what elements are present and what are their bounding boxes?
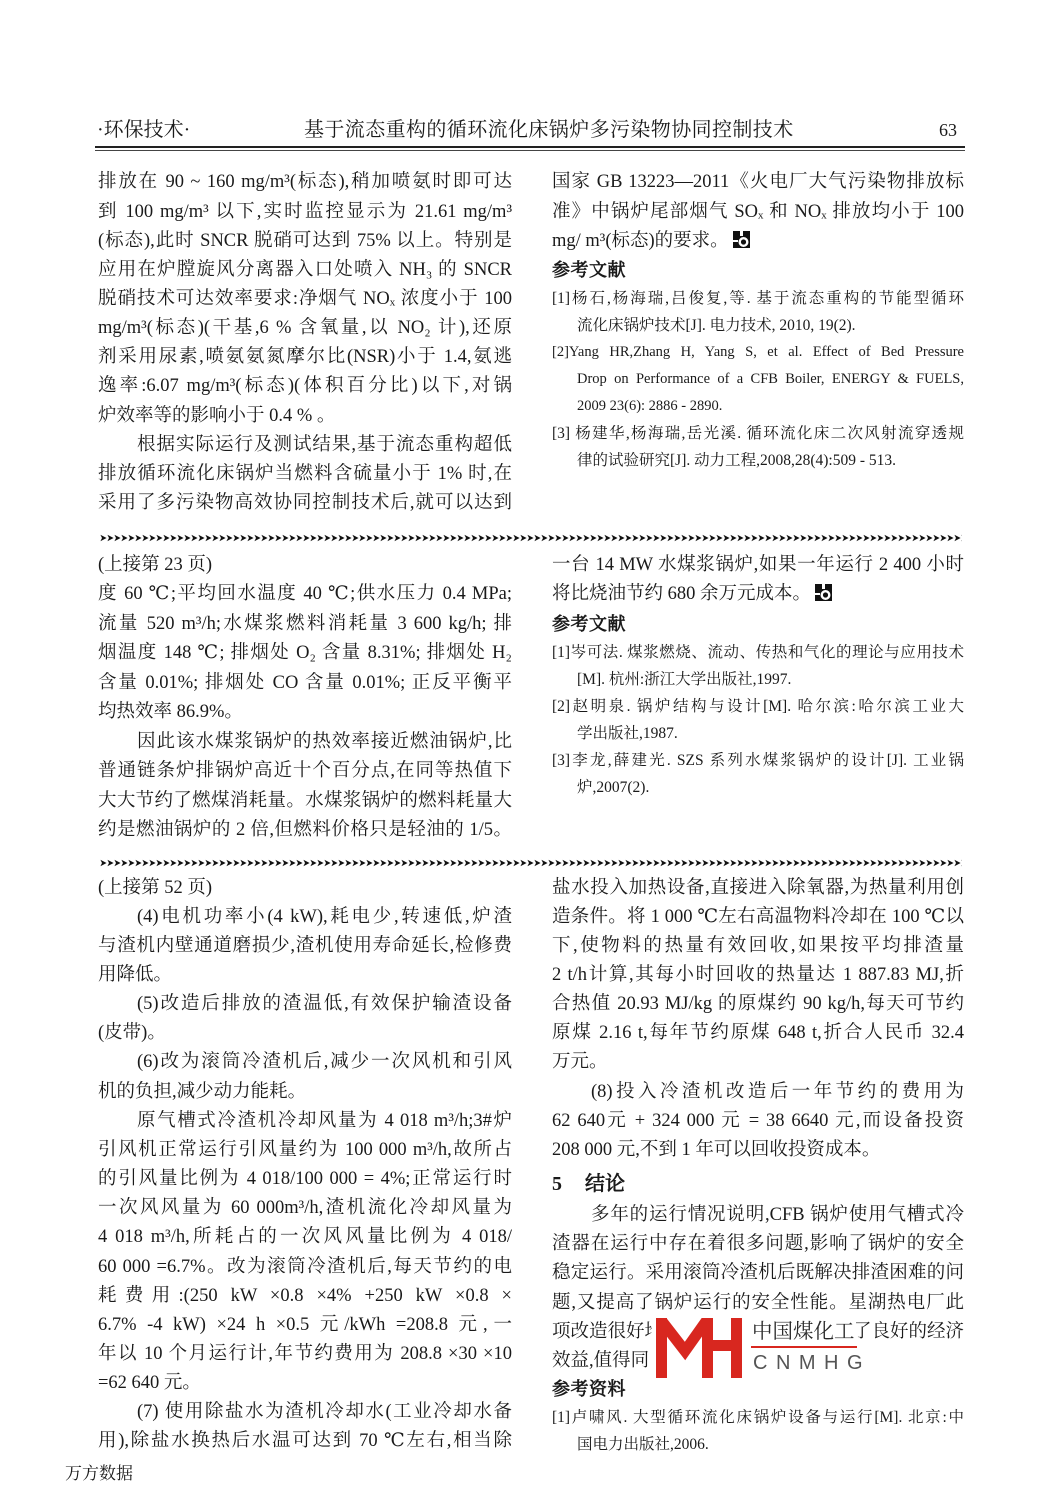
text-line: 逸率:6.07 mg/m³(标态)(体积百分比)以下,对锅: [98, 372, 512, 401]
text-line: 到 100 mg/m³ 以下,实时监控显示为 21.61 mg/m³: [98, 198, 512, 227]
watermark-cn-text: 中国煤化工: [752, 1318, 855, 1345]
text-line: 2 t/h计算,其每小时回收的热量达 1 887.83 MJ,折: [552, 961, 964, 990]
text-line: 应用在炉膛旋风分离器入口处喷入 NH₃ 的 SNCR: [98, 256, 512, 285]
text-line: 根据实际运行及测试结果,基于流态重构超低: [98, 431, 512, 460]
watermark-en-text: CNMHG: [753, 1349, 871, 1377]
text-line: 与渣机内壁通道磨损少,渣机使用寿命延长,检修费: [98, 932, 512, 961]
text-line: 将比烧油节约 680 余万元成本。: [552, 584, 811, 604]
reference-line: 炉,2007(2).: [552, 774, 964, 801]
text-line: (7) 使用除盐水为渣机冷却水(工业冷却水备: [98, 1398, 512, 1427]
source-footer: 万方数据: [65, 1461, 133, 1487]
text-line: 造条件。将 1 000 ℃左右高温物料冷却在 100 ℃以: [552, 903, 964, 932]
section-number: 5: [552, 1166, 585, 1202]
section-label: ·环保技术·: [97, 117, 190, 143]
continuation-note: (上接第 23 页): [98, 551, 512, 581]
reference-line: 律的试验研究[J]. 动力工程,2008,28(4):509 - 513.: [552, 447, 964, 474]
text-line: 引风机正常运行引风量约为 100 000 m³/h,故所占: [98, 1136, 512, 1165]
reference-entry: [3]李龙,薛建光. SZS 系列水煤浆锅炉的设计[J]. 工业锅 炉,2007…: [552, 747, 964, 801]
reference-line: Drop on Performance of a CFB Boiler, ENE…: [552, 366, 964, 393]
reference-entry: [3] 杨建华,杨海瑞,岳光溪. 循环流化床二次风射流穿透规 律的试验研究[J]…: [552, 420, 964, 474]
text-line: 万元。: [552, 1048, 964, 1077]
text-line: 题,又提高了锅炉运行的安全性能。星湖热电厂此: [552, 1289, 964, 1318]
text-line: 均热效率 86.9%。: [98, 698, 512, 728]
text-line: 含量 0.01%; 排烟处 CO 含量 0.01%; 正反平衡平: [98, 669, 512, 699]
mh-logo-icon: [656, 1318, 742, 1378]
text-line: 耗费用:(250 kW ×0.8 ×4% +250 kW ×0.8 ×: [98, 1282, 512, 1311]
text-fragment: 了良好的经济: [853, 1318, 964, 1347]
reference-line: [1]卢啸风. 大型循环流化床锅炉设备与运行[M]. 北京:中: [552, 1404, 964, 1431]
text-line: 6.7% -4 kW) ×24 h ×0.5 元/kWh =208.8 元,一: [98, 1311, 512, 1340]
journal-page: ·环保技术· 基于流态重构的循环流化床锅炉多污染物协同控制技术 63 排放在 9…: [0, 0, 1057, 1509]
text-line: 多年的运行情况说明,CFB 锅炉使用气槽式冷: [552, 1201, 964, 1230]
text-line: 炉效率等的影响小于 0.4 % 。: [98, 402, 512, 431]
text-line: 原煤 2.16 t,每年节约原煤 648 t,折合人民币 32.4: [552, 1019, 964, 1048]
text-line: 208 000 元,不到 1 年可以回收投资成本。: [552, 1136, 964, 1165]
text-fragment: 项改造很好地: [552, 1318, 663, 1347]
text-line: 剂采用尿素,喷氨氨氮摩尔比(NSR)小于 1.4,氨逃: [98, 343, 512, 372]
references-heading: 参考文献: [552, 256, 964, 285]
text-line-with-end-mark: mg/ m³(标态)的要求。: [552, 227, 964, 256]
top-article-right-column: 国家 GB 13223—2011《火电厂大气污染物排放标 准》中锅炉尾部烟气 S…: [552, 168, 964, 474]
reference-line: [3]李龙,薛建光. SZS 系列水煤浆锅炉的设计[J]. 工业锅: [552, 747, 964, 774]
reference-entry: [2]Yang HR,Zhang H, Yang S, et al. Effec…: [552, 339, 964, 420]
text-line: 年以 10 个月运行计,年节约费用为 208.8 ×30 ×10: [98, 1340, 512, 1369]
continued-p52-left-column: (上接第 52 页) (4)电机功率小(4 kW),耗电少,转速低,炉渣 与渣机…: [98, 874, 512, 1457]
reference-line: [M]. 杭州:浙江大学出版社,1997.: [552, 666, 964, 693]
text-line: 合热值 20.93 MJ/kg 的原煤约 90 kg/h,每天可节约: [552, 990, 964, 1019]
continued-p23-right-column: 一台 14 MW 水煤浆锅炉,如果一年运行 2 400 小时 将比烧油节约 68…: [552, 551, 964, 802]
text-line: 排放在 90 ~ 160 mg/m³(标态),稍加喷氨时即可达: [98, 168, 512, 197]
continuation-note: (上接第 52 页): [98, 874, 512, 903]
text-line: 60 000 =6.7%。改为滚筒冷渣机后,每天节约的电: [98, 1253, 512, 1282]
text-line: 普通链条炉排锅炉高近十个百分点,在同等热值下: [98, 757, 512, 787]
reference-line: [1]杨石,杨海瑞,吕俊复,等. 基于流态重构的节能型循环: [552, 285, 964, 312]
reference-line: [1]岑可法. 煤浆燃烧、流动、传热和气化的理论与应用技术: [552, 639, 964, 666]
running-title: 基于流态重构的循环流化床锅炉多污染物协同控制技术: [304, 117, 794, 143]
end-mark-icon: [815, 582, 832, 599]
reference-line: 学出版社,1987.: [552, 720, 964, 747]
reference-line: [2]Yang HR,Zhang H, Yang S, et al. Effec…: [552, 339, 964, 366]
references-heading: 参考资料: [552, 1376, 964, 1404]
text-line: 流量 520 m³/h;水煤浆燃料消耗量 3 600 kg/h; 排: [98, 610, 512, 640]
text-line: (标态),此时 SNCR 脱硝可达到 75% 以上。特别是: [98, 227, 512, 256]
text-line: 渣器在运行中存在着很多问题,影响了锅炉的安全: [552, 1230, 964, 1259]
reference-line: [2]赵明泉. 锅炉结构与设计[M]. 哈尔滨:哈尔滨工业大: [552, 693, 964, 720]
text-line: 采用了多污染物高效协同控制技术后,就可以达到: [98, 489, 512, 518]
reference-line: 流化床锅炉技术[J]. 电力技术, 2010, 19(2).: [552, 312, 964, 339]
text-line: 下,使物料的热量有效回收,如果按平均排渣量: [552, 932, 964, 961]
text-line: 大大节约了燃煤消耗量。水煤浆锅炉的燃料耗量大: [98, 787, 512, 817]
header-rule: [95, 146, 965, 148]
text-line: 约是燃油锅炉的 2 倍,但燃料价格只是轻油的 1/5。: [98, 816, 512, 846]
text-line: (8)投入冷渣机改造后一年节约的费用为: [552, 1078, 964, 1107]
text-line: 排放循环流化床锅炉当燃料含硫量小于 1% 时,在: [98, 460, 512, 489]
text-line: 原气槽式冷渣机冷却风量为 4 018 m³/h;3#炉: [98, 1107, 512, 1136]
text-line: 一台 14 MW 水煤浆锅炉,如果一年运行 2 400 小时: [552, 551, 964, 581]
reference-entry: [1]卢啸风. 大型循环流化床锅炉设备与运行[M]. 北京:中 国电力出版社,2…: [552, 1404, 964, 1458]
text-line: 一次风风量为 60 000m³/h,渣机流化冷却风量为: [98, 1194, 512, 1223]
section-title: 结论: [585, 1171, 625, 1195]
continued-p23-left-column: (上接第 23 页) 度 60 ℃;平均回水温度 40 ℃;供水压力 0.4 M…: [98, 551, 512, 846]
text-line: (皮带)。: [98, 1019, 512, 1048]
reference-entry: [1]杨石,杨海瑞,吕俊复,等. 基于流态重构的节能型循环 流化床锅炉技术[J]…: [552, 285, 964, 339]
section-heading-conclusion: 5结论: [552, 1165, 964, 1201]
reference-entry: [2]赵明泉. 锅炉结构与设计[M]. 哈尔滨:哈尔滨工业大 学出版社,1987…: [552, 693, 964, 747]
text-line: mg/ m³(标态)的要求。: [552, 231, 729, 251]
text-line: (4)电机功率小(4 kW),耗电少,转速低,炉渣: [98, 903, 512, 932]
text-line: 因此该水煤浆锅炉的热效率接近燃油锅炉,比: [98, 728, 512, 758]
top-article-left-column: 排放在 90 ~ 160 mg/m³(标态),稍加喷氨时即可达 到 100 mg…: [98, 168, 512, 518]
text-line: 国家 GB 13223—2011《火电厂大气污染物排放标: [552, 168, 964, 197]
reference-line: 2009 23(6): 2886 - 2890.: [552, 393, 964, 420]
arrow-separator: [100, 854, 962, 862]
text-line: 机的负担,减少动力能耗。: [98, 1078, 512, 1107]
text-line: mg/m³(标态)(干基,6 % 含氧量,以 NO₂ 计),还原: [98, 314, 512, 343]
end-mark-icon: [733, 229, 750, 246]
text-line: 4 018 m³/h,所耗占的一次风风量比例为 4 018/: [98, 1223, 512, 1252]
references-heading: 参考文献: [552, 610, 964, 640]
text-line: (6)改为滚筒冷渣机后,减少一次风机和引风: [98, 1048, 512, 1077]
text-line: 脱硝技术可达效率要求:净烟气 NOₓ 浓度小于 100: [98, 285, 512, 314]
text-line: 烟温度 148 ℃; 排烟处 O₂ 含量 8.31%; 排烟处 H₂: [98, 639, 512, 669]
text-line: (5)改造后排放的渣温低,有效保护输渣设备: [98, 990, 512, 1019]
text-line: 用),除盐水换热后水温可达到 70 ℃左右,相当除: [98, 1427, 512, 1456]
page-number: 63: [939, 117, 957, 143]
reference-line: [3] 杨建华,杨海瑞,岳光溪. 循环流化床二次风射流穿透规: [552, 420, 964, 447]
text-line: 度 60 ℃;平均回水温度 40 ℃;供水压力 0.4 MPa;: [98, 580, 512, 610]
header-rule-thin: [95, 150, 965, 151]
text-line: 稳定运行。采用滚筒冷渣机后既解决排渣困难的问: [552, 1259, 964, 1288]
text-line-with-end-mark: 将比烧油节约 680 余万元成本。: [552, 580, 964, 610]
reference-entry: [1]岑可法. 煤浆燃烧、流动、传热和气化的理论与应用技术 [M]. 杭州:浙江…: [552, 639, 964, 693]
text-line: =62 640 元。: [98, 1369, 512, 1398]
text-line: 盐水投入加热设备,直接进入除氧器,为热量利用创: [552, 874, 964, 903]
watermark-underline: [751, 1346, 857, 1348]
text-line: 62 640元 + 324 000 元 = 38 6640 元,而设备投资: [552, 1107, 964, 1136]
text-line: 的引风量比例为 4 018/100 000 = 4%;正常运行时: [98, 1165, 512, 1194]
arrow-separator: [100, 529, 962, 537]
text-line: 用降低。: [98, 961, 512, 990]
text-line: 准》中锅炉尾部烟气 SOₓ 和 NOₓ 排放均小于 100: [552, 198, 964, 227]
reference-line: 国电力出版社,2006.: [552, 1431, 964, 1458]
